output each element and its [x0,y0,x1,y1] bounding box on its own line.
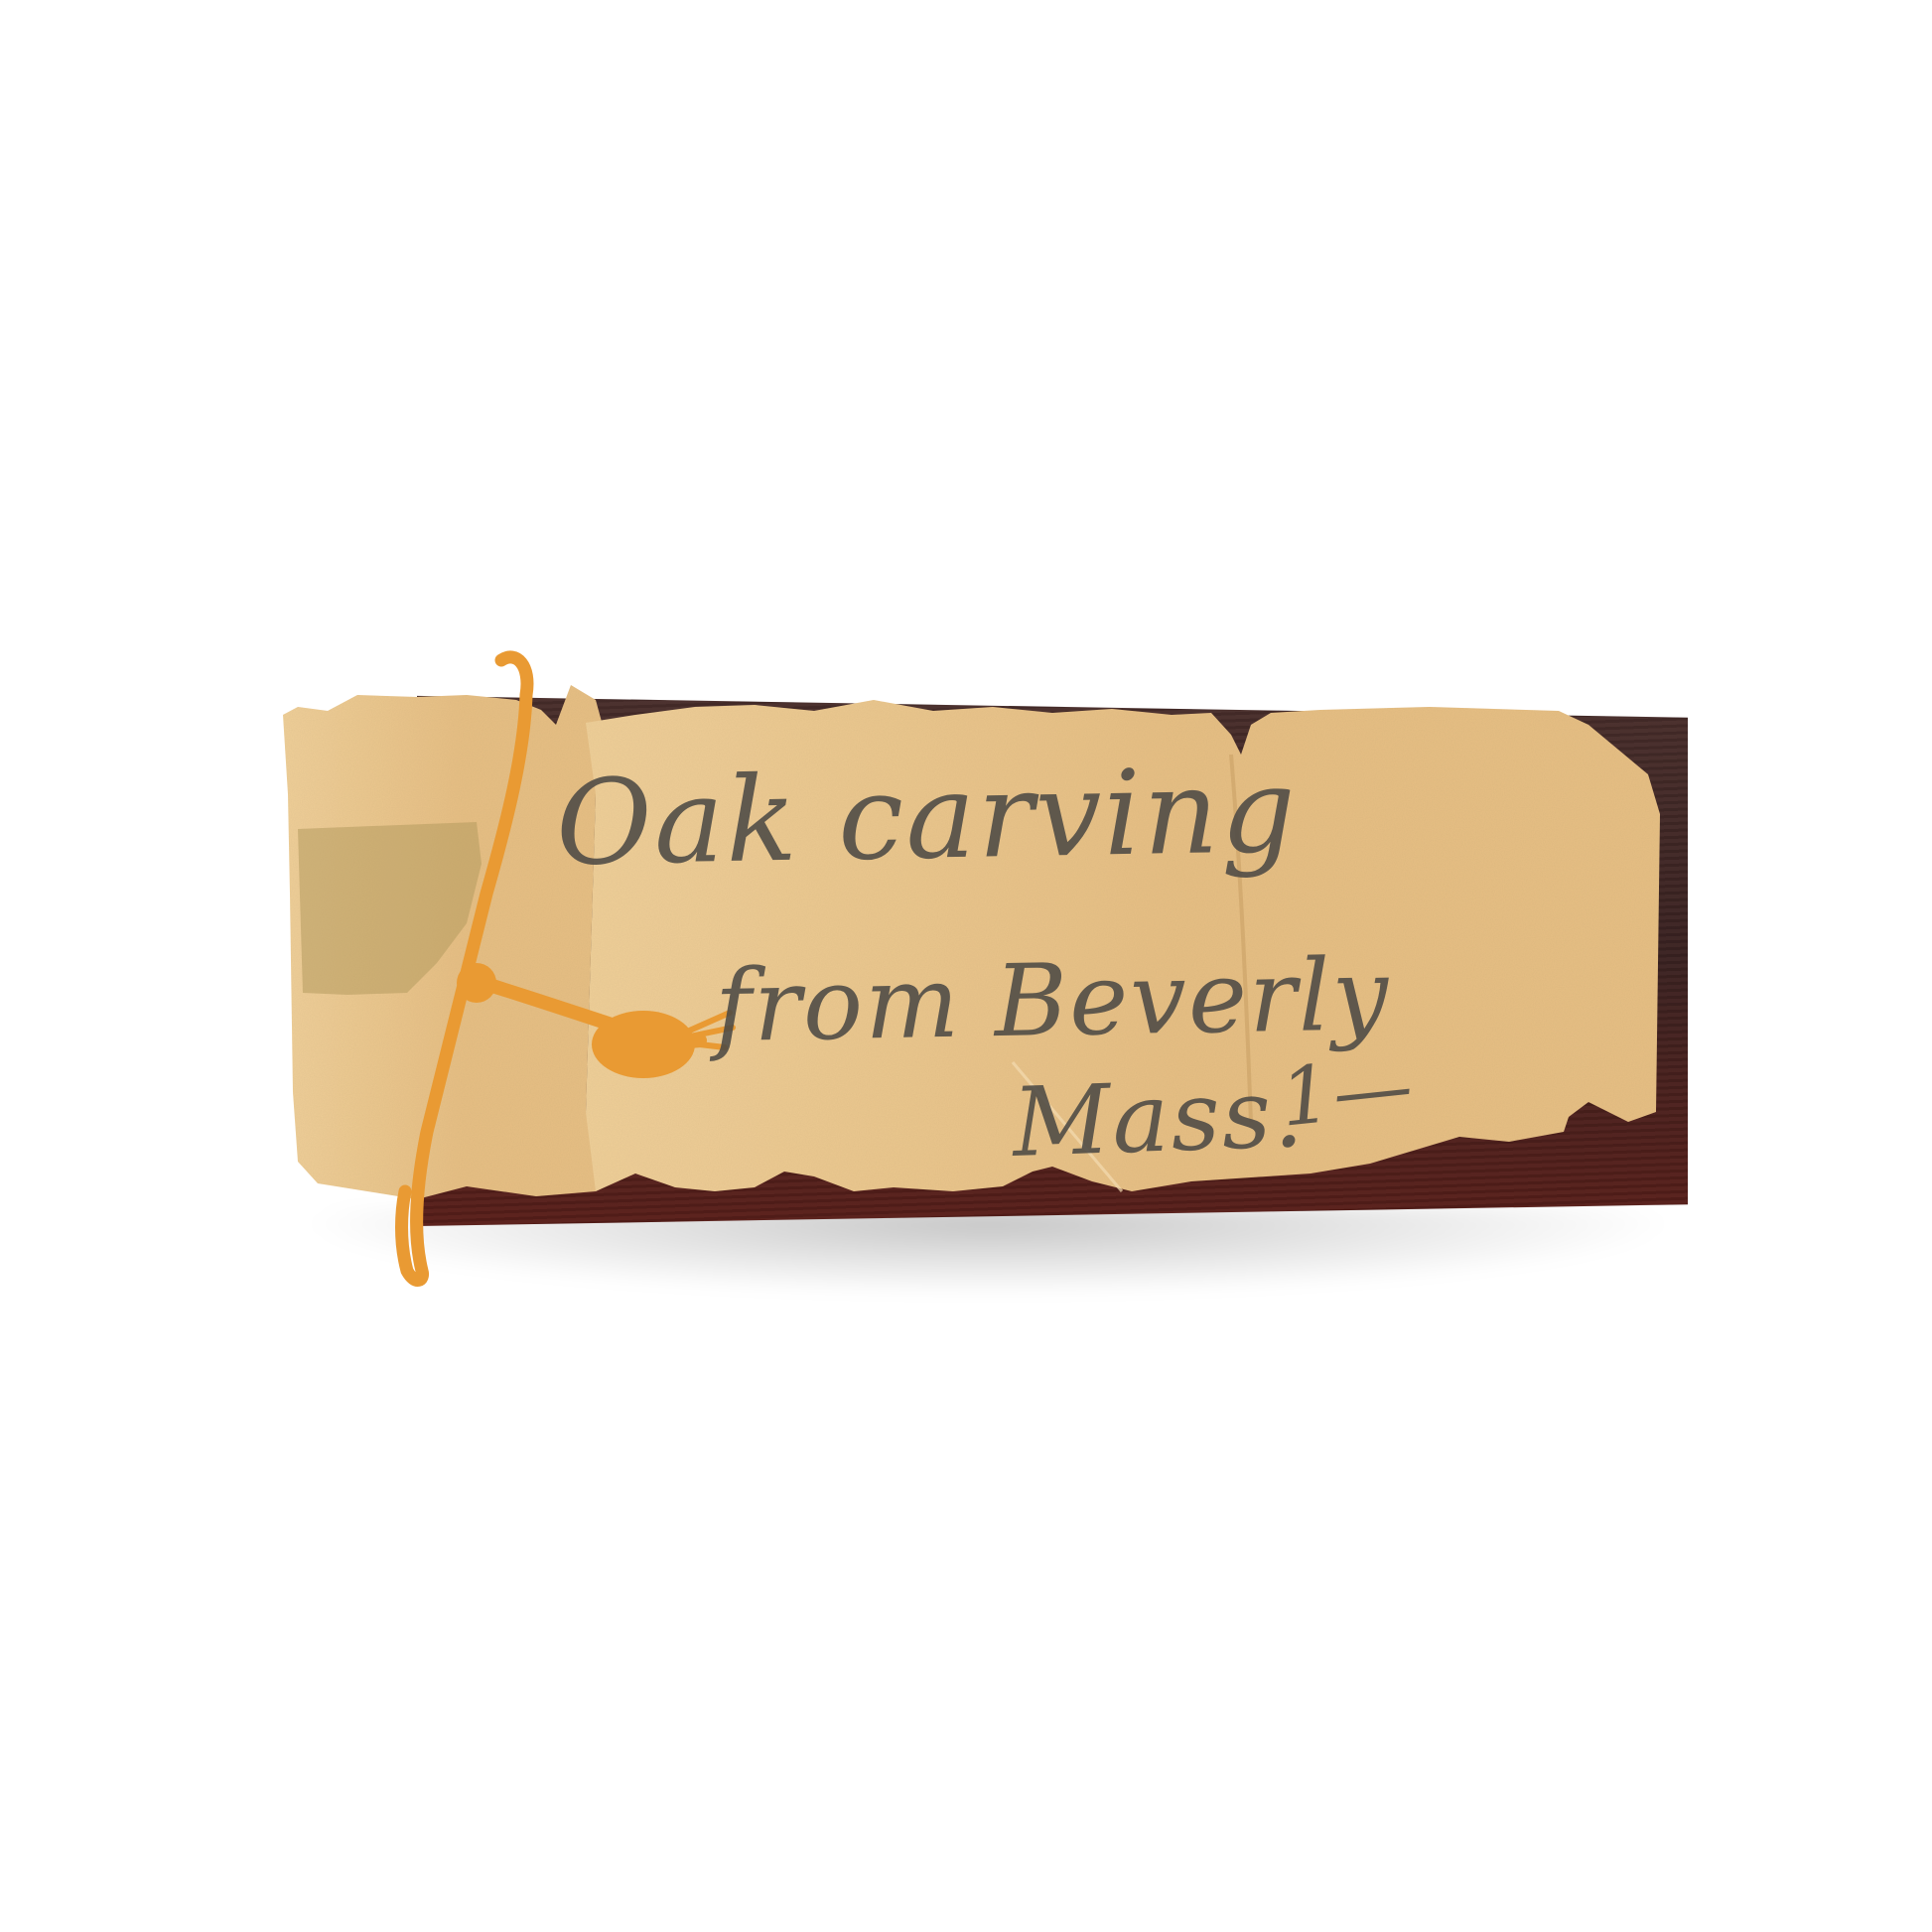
string-knot-left [457,963,496,1003]
string-knot-right [592,1011,695,1078]
handwriting-mark: 1— [1276,1038,1419,1145]
photo-scene: Oak carving from Beverly Mass. 1— [0,0,1932,1932]
handwriting-line-1: Oak carving [555,742,1299,892]
handwriting-line-2: from Beverly [714,936,1391,1064]
handwriting-line-3: Mass. [1011,1057,1307,1178]
